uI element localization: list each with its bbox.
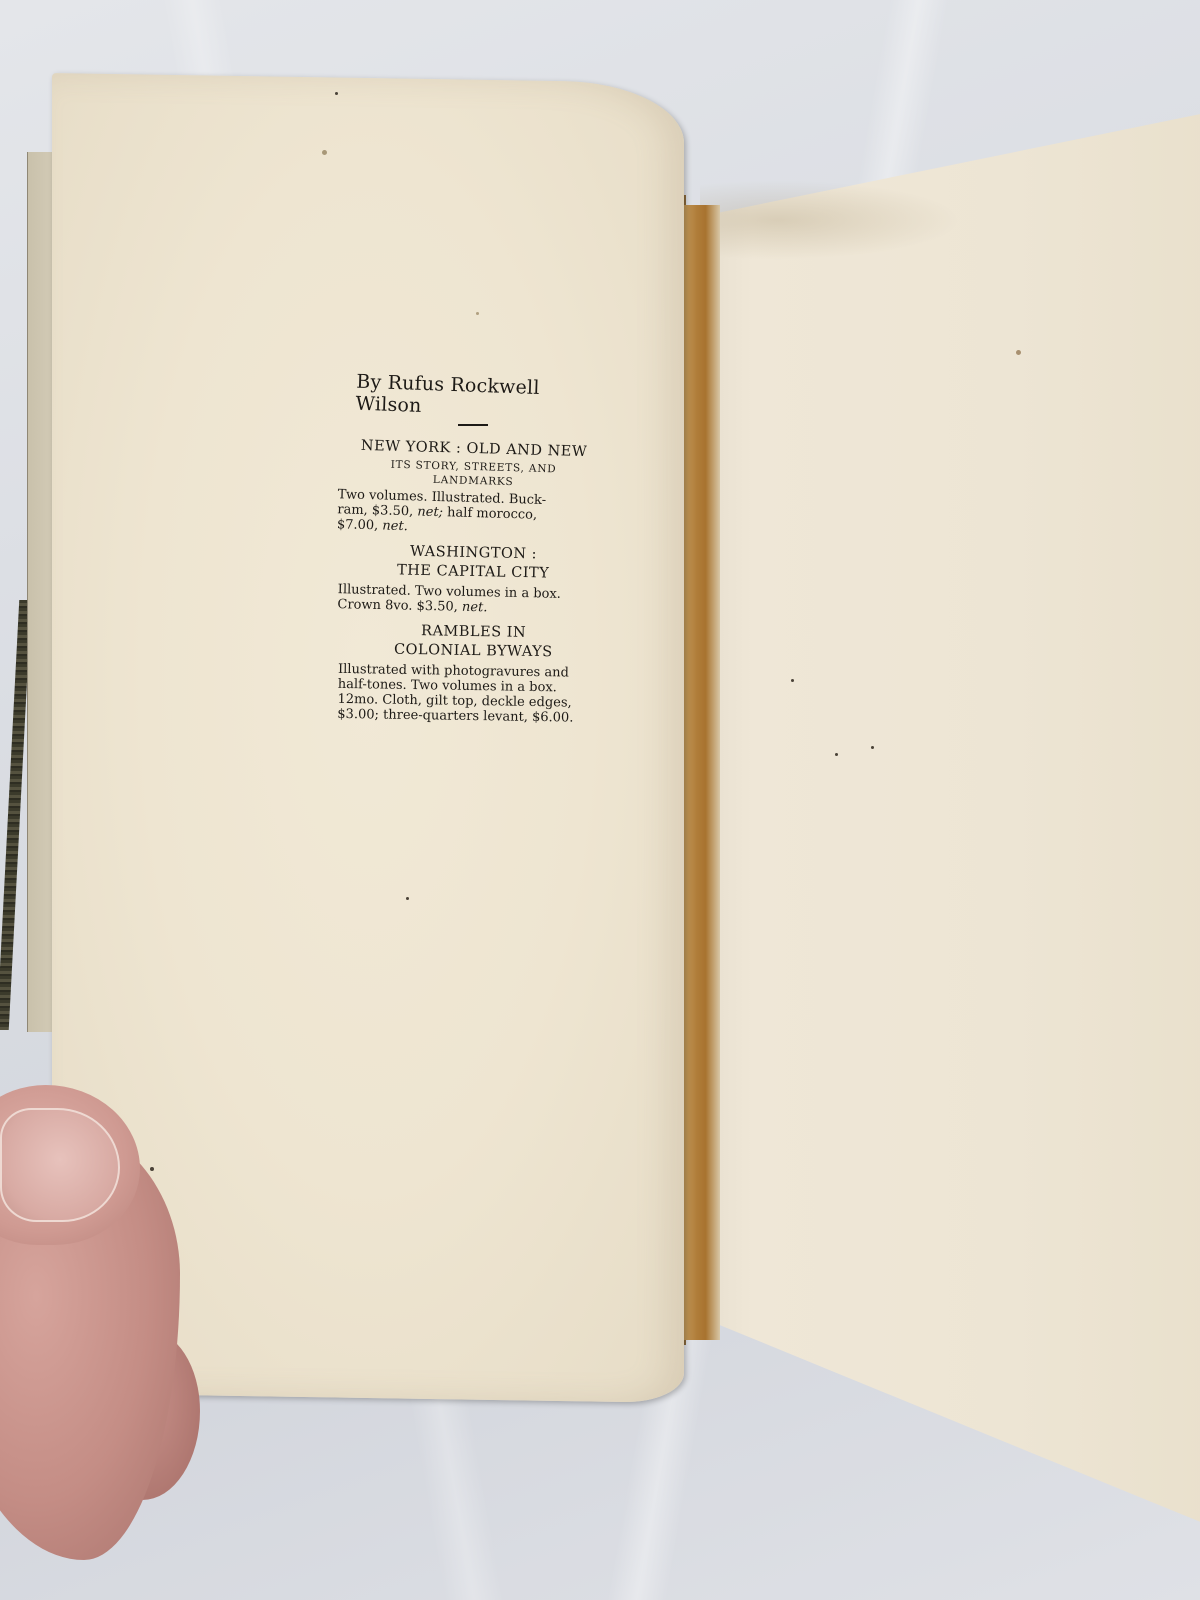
paper-speck [150, 1167, 154, 1171]
book-entry-rambles: RAMBLES IN COLONIAL BYWAYS Illustrated w… [337, 621, 609, 726]
title-line: THE CAPITAL CITY [397, 562, 550, 581]
right-endpaper [700, 110, 1200, 1530]
desc-text: half morocco, [443, 505, 537, 523]
book-entry-new-york: NEW YORK : OLD AND NEW ITS STORY, STREET… [337, 436, 610, 540]
paper-speck [322, 150, 327, 155]
desc-line: $3.00; three-quarters levant, $6.00. [337, 707, 573, 726]
book-description: Illustrated with photogravures and half-… [337, 662, 608, 726]
paper-speck [791, 679, 794, 682]
desc-text: Crown 8vo. $3.50, [337, 597, 462, 615]
desc-italic: net. [462, 600, 488, 616]
thumbnail-nail [0, 1108, 120, 1222]
divider-rule [458, 424, 488, 426]
book-description: Illustrated. Two volumes in a box. Crown… [337, 582, 608, 618]
desc-italic: net; [417, 504, 443, 520]
desc-text: $7.00, [337, 517, 383, 533]
paper-speck [835, 753, 838, 756]
author-heading: By Rufus Rockwell Wilson [337, 370, 608, 423]
book-description: Two volumes. Illustrated. Buck- ram, $3.… [337, 487, 608, 540]
foxing-stain [700, 180, 960, 260]
desc-italic: net. [382, 518, 408, 534]
spine-hinge [684, 205, 720, 1340]
book-title: WASHINGTON : THE CAPITAL CITY [338, 541, 609, 585]
book-title: RAMBLES IN COLONIAL BYWAYS [338, 621, 609, 663]
title-line: RAMBLES IN [421, 623, 526, 641]
subtitle-line: ITS STORY, STREETS, AND [391, 459, 557, 476]
paper-speck [1016, 350, 1021, 355]
title-line: COLONIAL BYWAYS [394, 642, 553, 660]
paper-speck [335, 92, 338, 95]
paper-speck [871, 746, 874, 749]
subtitle-line: LANDMARKS [433, 474, 514, 488]
book-entry-washington: WASHINGTON : THE CAPITAL CITY Illustrate… [337, 541, 608, 618]
paper-speck [406, 897, 409, 900]
title-line: WASHINGTON : [410, 544, 537, 563]
publisher-list: By Rufus Rockwell Wilson NEW YORK : OLD … [338, 370, 608, 732]
paper-speck [476, 312, 479, 315]
